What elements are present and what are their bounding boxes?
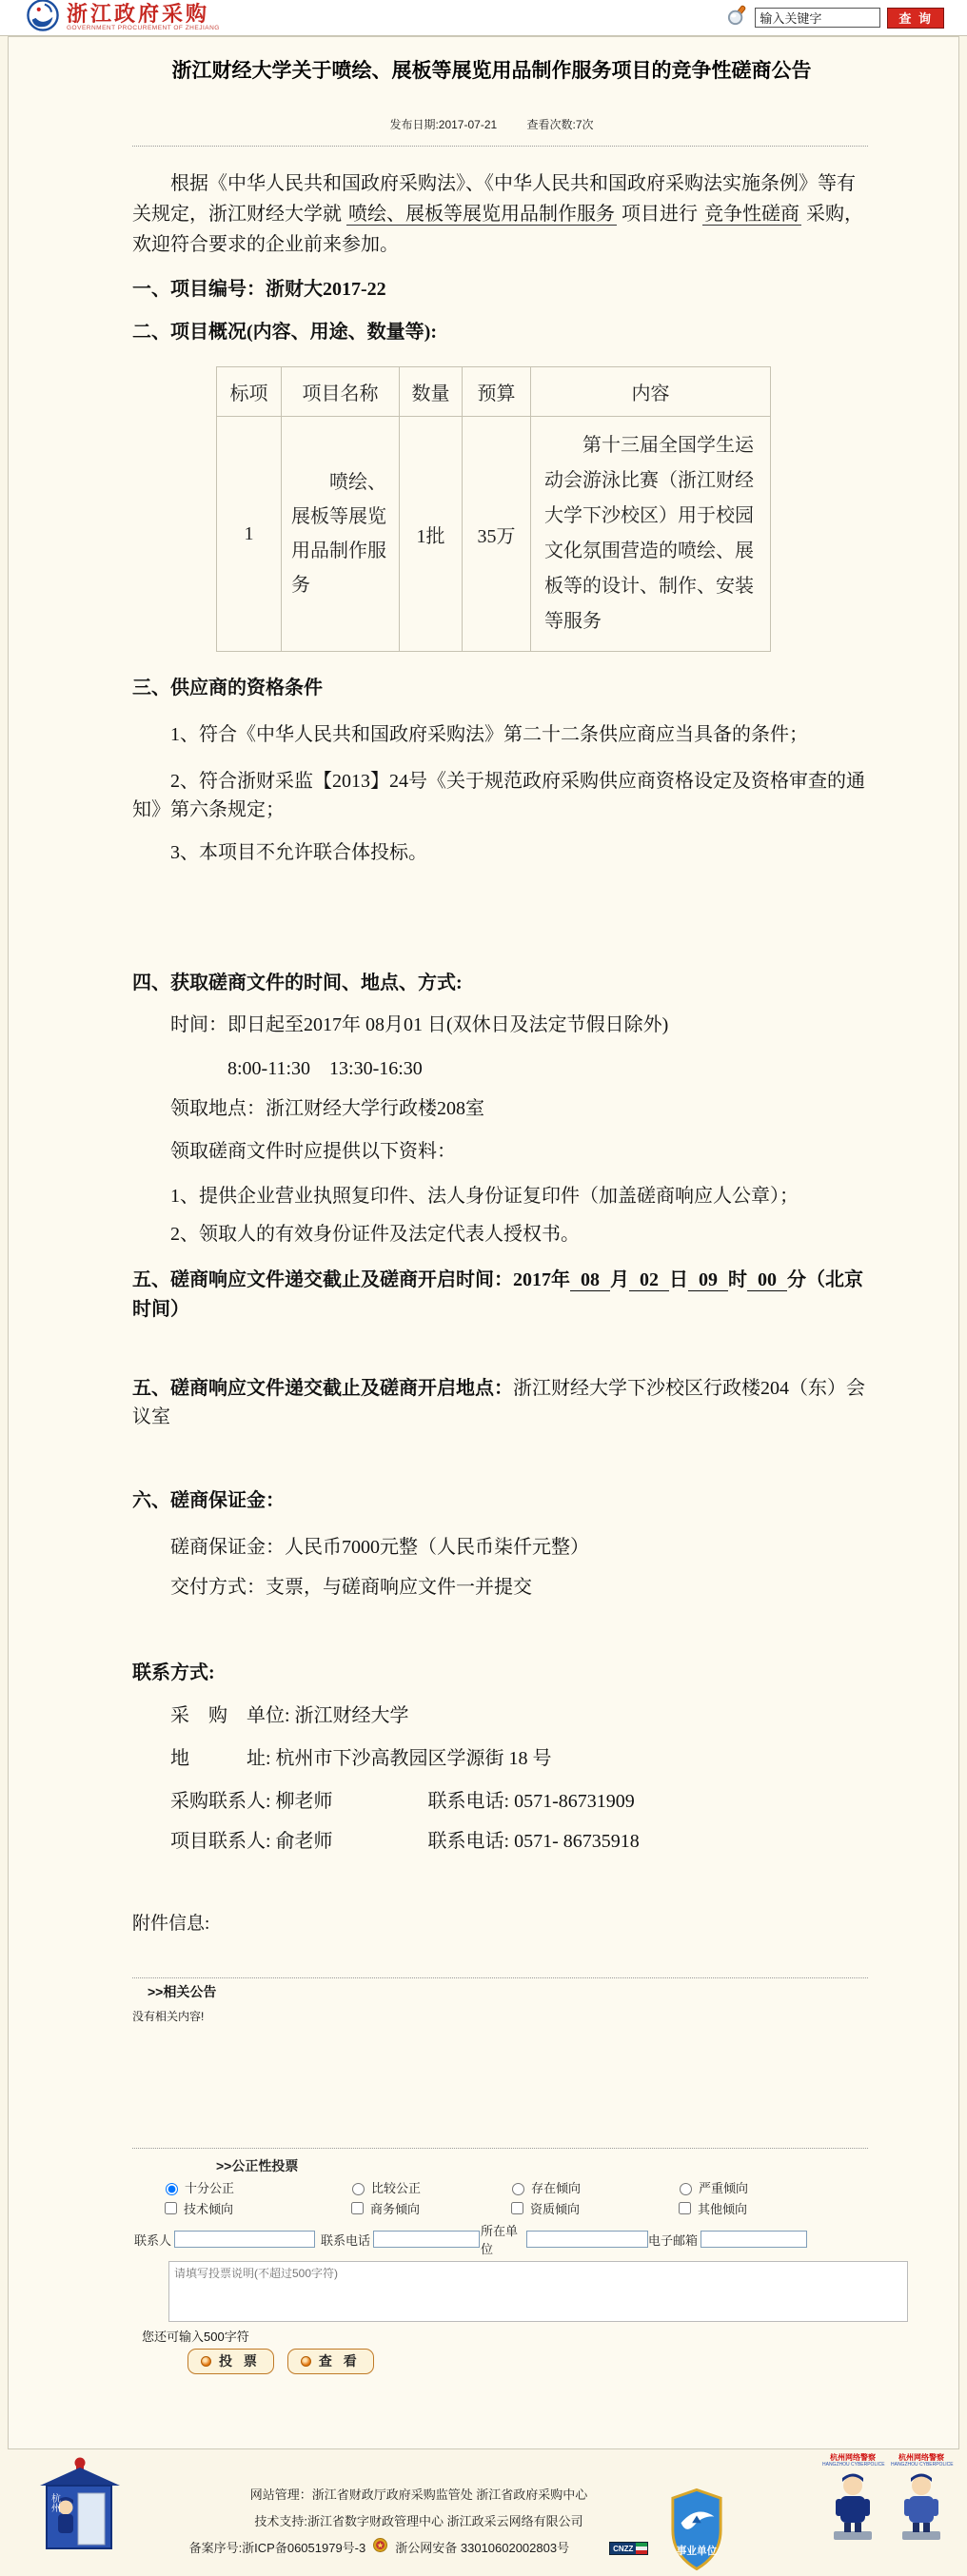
cyberpolice-badges[interactable]: 杭州网络警察 HANGZHOU CYBERPOLICE 杭州网络警察 HANGZ… <box>822 2453 952 2547</box>
radio-fairly-fair-input[interactable] <box>352 2183 365 2195</box>
search-bar: 查 询 <box>726 5 944 31</box>
cyberpolice-left[interactable]: 杭州网络警察 HANGZHOU CYBERPOLICE <box>822 2453 883 2547</box>
cnzz-stripes <box>636 2543 647 2554</box>
col-header-lot: 标项 <box>217 367 282 417</box>
radio-serious-bias[interactable]: 严重倾向 <box>675 2178 868 2196</box>
shield-label: 事业单位 <box>677 2545 718 2557</box>
emblem-icon <box>27 0 59 36</box>
divider <box>132 1977 868 1978</box>
publish-date: 发布日期:2017-07-21 <box>389 118 497 131</box>
contact-project: 项目联系人: 俞老师 联系电话: 0571- 86735918 <box>132 1826 868 1857</box>
booth-city-label: 杭州 <box>49 2492 61 2513</box>
site-logo[interactable]: 浙江政府采购 GOVERNMENT PROCUREMENT OF ZHEJIAN… <box>27 0 220 36</box>
section-3-item-1: 1、符合《中华人民共和国政府采购法》第二十二条供应商应当具备的条件； <box>132 719 868 750</box>
radio-very-fair-input[interactable] <box>166 2183 178 2195</box>
button-bullet-icon <box>301 2356 311 2367</box>
police-badge-icon <box>373 2535 387 2562</box>
page-footer: 杭州 网站管理：浙江省财政厅政府采购监管处 浙江省政府采购中心 技术支持:浙江省… <box>0 2449 967 2568</box>
contact-name-field[interactable] <box>174 2231 315 2248</box>
organization-field[interactable] <box>526 2231 648 2248</box>
section-3-heading: 三、供应商的资格条件 <box>132 673 868 703</box>
section-4-time: 时间：即日起至2017年 08月01 日(双休日及法定节假日除外) <box>132 1010 868 1040</box>
contact-unit: 采 购 单位: 浙江财经大学 <box>132 1701 868 1731</box>
vote-checkbox-row: 技术倾向 商务倾向 资质倾向 其他倾向 <box>161 2199 868 2217</box>
deadline-unit: 日 <box>669 1269 688 1290</box>
footer-management: 网站管理：浙江省财政厅政府采购监管处 浙江省政府采购中心 <box>143 2482 695 2508</box>
deposit-amount: 磋商保证金：人民币7000元整（人民币柒仟元整） <box>132 1532 868 1563</box>
check-technical-bias[interactable]: 技术倾向 <box>161 2199 347 2217</box>
table-row: 1 喷绘、展板等展览用品制作服务 1批 35万 第十三届全国学生运动会游泳比赛（… <box>217 417 771 652</box>
section-5-deadline-heading: 五、磋商响应文件递交截止及磋商开启时间：2017年08月02日09时00分（北京… <box>132 1266 868 1325</box>
cyberpolice-title: 杭州网络警察 <box>822 2453 883 2462</box>
col-header-content: 内容 <box>531 367 771 417</box>
deadline-unit: 月 <box>610 1269 629 1290</box>
radio-very-fair[interactable]: 十分公正 <box>161 2178 347 2196</box>
section-4-doc-1: 1、提供企业营业执照复印件、法人身份证复印件（加盖磋商响应人公章）； <box>132 1181 868 1211</box>
col-header-name: 项目名称 <box>282 367 400 417</box>
section-4-place: 领取地点：浙江财经大学行政楼208室 <box>132 1093 868 1124</box>
view-count: 查看次数:7次 <box>527 118 594 131</box>
vote-buttons: 投 票 查 看 <box>187 2349 868 2374</box>
icp-number: 备案序号:浙ICP备06051979号-3 <box>189 2535 366 2562</box>
cyberpolice-right[interactable]: 杭州网络警察 HANGZHOU CYBERPOLICE <box>891 2453 952 2547</box>
radio-some-bias-input[interactable] <box>512 2183 524 2195</box>
table-header-row: 标项 项目名称 数量 预算 内容 <box>217 367 771 417</box>
section-5-location: 五、磋商响应文件递交截止及磋商开启地点：浙江财经大学下沙校区行政楼204（东）会… <box>132 1374 868 1431</box>
char-counter: 您还可输入500字符 <box>142 2327 868 2345</box>
police-booth-image[interactable]: 杭州 <box>34 2455 126 2561</box>
view-results-button[interactable]: 查 看 <box>287 2349 374 2374</box>
search-button[interactable]: 查 询 <box>887 8 944 29</box>
divider <box>132 2148 868 2149</box>
section-1-heading: 一、项目编号：浙财大2017-22 <box>132 274 868 305</box>
section-4-hours: 8:00-11:30 13:30-16:30 <box>132 1053 868 1084</box>
contact-heading: 联系方式: <box>132 1658 868 1688</box>
email-label: 电子邮箱 <box>648 2231 698 2249</box>
contact-phone-label: 联系电话 <box>321 2231 370 2249</box>
page-title: 浙江财经大学关于喷绘、展板等展览用品制作服务项目的竞争性磋商公告 <box>115 58 868 85</box>
fairness-vote-form: >>公正性投票 十分公正 比较公正 存在倾向 严重倾向 技术倾向 商务倾向 资质… <box>161 2156 868 2374</box>
attachment-label: 附件信息: <box>132 1909 868 1939</box>
deadline-month: 08 <box>570 1269 610 1291</box>
section-6-heading: 六、磋商保证金： <box>132 1485 868 1516</box>
cell-name: 喷绘、展板等展览用品制作服务 <box>282 417 400 652</box>
vote-heading: >>公正性投票 <box>216 2156 868 2175</box>
section-4-docs: 领取磋商文件时应提供以下资料： <box>132 1136 868 1167</box>
announcement-panel: 浙江财经大学关于喷绘、展板等展览用品制作服务项目的竞争性磋商公告 发布日期:20… <box>8 36 959 2449</box>
cyberpolice-image <box>897 2468 946 2543</box>
radio-fairly-fair[interactable]: 比较公正 <box>347 2178 507 2196</box>
organization-label: 所在单位 <box>481 2221 523 2257</box>
section-4-doc-2: 2、领取人的有效身份证件及法定代表人授权书。 <box>132 1219 868 1249</box>
cell-lot: 1 <box>217 417 282 652</box>
cnzz-badge[interactable]: CNZZ <box>609 2542 648 2555</box>
public-security-number[interactable]: 浙公网安备 33010602002803号 <box>395 2535 569 2562</box>
section-3-item-3: 3、本项目不允许联合体投标。 <box>132 837 868 868</box>
cyberpolice-image <box>828 2468 878 2543</box>
cyberpolice-subtitle: HANGZHOU CYBERPOLICE <box>822 2462 883 2468</box>
check-other-bias-input[interactable] <box>679 2202 691 2214</box>
search-input[interactable] <box>755 8 880 28</box>
magnifier-icon <box>726 5 748 31</box>
intro-text: 项目进行 <box>622 204 698 225</box>
vote-radio-row: 十分公正 比较公正 存在倾向 严重倾向 <box>161 2178 868 2196</box>
deadline-unit: 时 <box>728 1269 747 1290</box>
cyberpolice-title: 杭州网络警察 <box>891 2453 952 2462</box>
check-business-bias-input[interactable] <box>351 2202 364 2214</box>
project-table: 标项 项目名称 数量 预算 内容 1 喷绘、展板等展览用品制作服务 1批 35万… <box>216 366 771 652</box>
related-announcements-heading: >>相关公告 <box>148 1982 868 2001</box>
location-label: 五、磋商响应文件递交截止及磋商开启地点： <box>132 1378 513 1399</box>
col-header-budget: 预算 <box>463 367 531 417</box>
cell-budget: 35万 <box>463 417 531 652</box>
section-3-item-2: 2、符合浙财采监【2013】24号《关于规范政府采购供应商资格设定及资格审查的通… <box>132 767 868 824</box>
cell-content: 第十三届全国学生运动会游泳比赛（浙江财经大学下沙校区）用于校园文化氛围营造的喷绘… <box>531 417 771 652</box>
intro-underlined-method: 竞争性磋商 <box>702 204 801 226</box>
deadline-minute: 00 <box>747 1269 787 1291</box>
contact-address: 地 址: 杭州市下沙高教园区学源街 18 号 <box>132 1743 868 1774</box>
section-2-heading: 二、项目概况(内容、用途、数量等): <box>132 317 868 347</box>
footer-registration: 备案序号:浙ICP备06051979号-3 浙公网安备 330106020028… <box>143 2535 695 2562</box>
contact-phone-field[interactable] <box>373 2231 480 2248</box>
radio-serious-bias-input[interactable] <box>680 2183 692 2195</box>
check-technical-bias-input[interactable] <box>165 2202 177 2214</box>
meta-line: 发布日期:2017-07-21 查看次数:7次 <box>115 116 868 132</box>
radio-some-bias[interactable]: 存在倾向 <box>507 2178 675 2196</box>
deadline-text: 五、磋商响应文件递交截止及磋商开启时间：2017年 <box>132 1269 570 1290</box>
check-business-bias[interactable]: 商务倾向 <box>347 2199 507 2217</box>
contact-name-label: 联系人 <box>134 2231 171 2249</box>
deposit-method: 交付方式：支票，与磋商响应文件一并提交 <box>132 1572 868 1603</box>
check-qualification-bias[interactable]: 资质倾向 <box>507 2199 675 2217</box>
check-other-bias[interactable]: 其他倾向 <box>675 2199 868 2217</box>
related-announcements-empty: 没有相关内容! <box>132 2008 868 2024</box>
vote-note-textarea[interactable] <box>168 2261 908 2322</box>
deadline-day: 02 <box>629 1269 669 1291</box>
vote-button[interactable]: 投 票 <box>187 2349 274 2374</box>
deadline-hour: 09 <box>688 1269 728 1291</box>
footer-support: 技术支持:浙江省数字财政管理中心 浙江政采云网络有限公司 <box>143 2508 695 2535</box>
footer-info: 网站管理：浙江省财政厅政府采购监管处 浙江省政府采购中心 技术支持:浙江省数字财… <box>143 2482 695 2562</box>
site-subtitle: GOVERNMENT PROCUREMENT OF ZHEJIANG <box>67 25 220 31</box>
cyberpolice-subtitle: HANGZHOU CYBERPOLICE <box>891 2462 952 2468</box>
top-bar: 浙江政府采购 GOVERNMENT PROCUREMENT OF ZHEJIAN… <box>0 0 967 36</box>
divider <box>132 146 868 147</box>
cell-qty: 1批 <box>400 417 463 652</box>
intro-underlined-project: 喷绘、展板等展览用品制作服务 <box>346 204 617 226</box>
check-qualification-bias-input[interactable] <box>511 2202 523 2214</box>
email-field[interactable] <box>701 2231 807 2248</box>
public-institution-shield[interactable]: 事业单位 <box>669 2488 724 2576</box>
section-4-heading: 四、获取磋商文件的时间、地点、方式: <box>132 968 868 998</box>
intro-paragraph: 根据《中华人民共和国政府采购法》、《中华人民共和国政府采购法实施条例》等有关规定… <box>132 168 868 260</box>
site-title: 浙江政府采购 <box>67 4 220 25</box>
contact-buyer: 采购联系人: 柳老师 联系电话: 0571-86731909 <box>132 1786 868 1817</box>
button-bullet-icon <box>201 2356 211 2367</box>
col-header-qty: 数量 <box>400 367 463 417</box>
vote-fields-row: 联系人 联系电话 所在单位 电子邮箱 <box>134 2221 868 2257</box>
